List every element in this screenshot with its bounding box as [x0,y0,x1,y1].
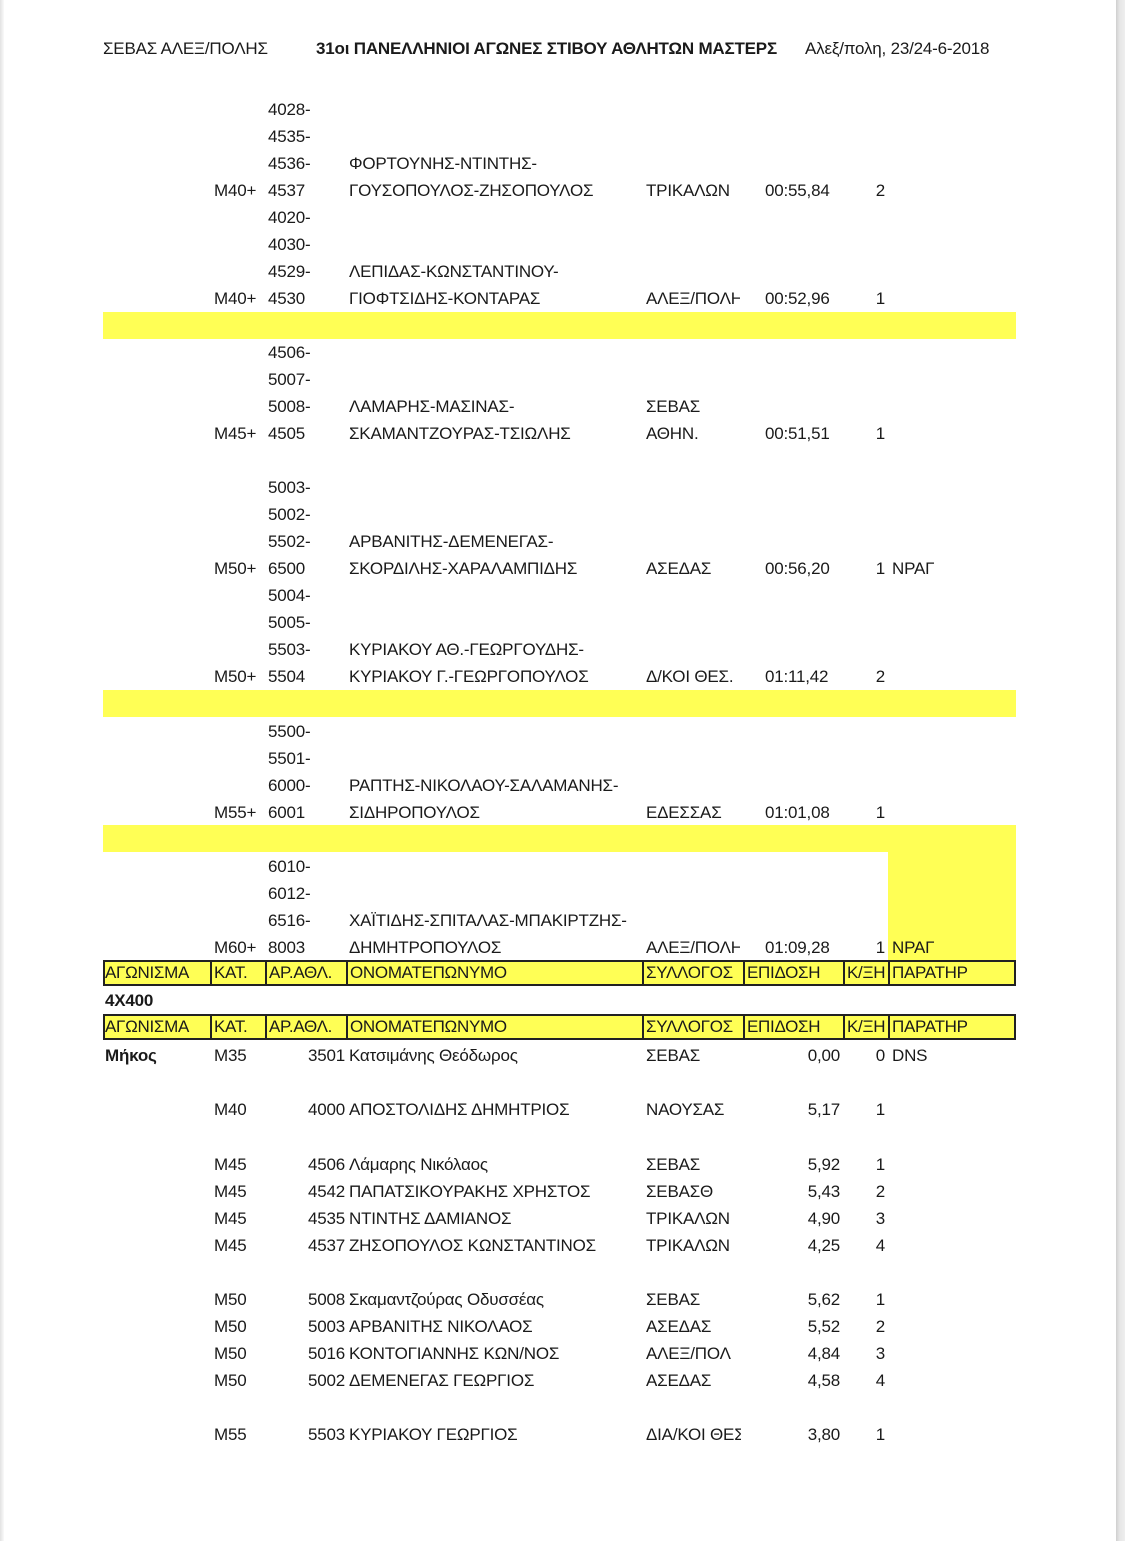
relay-names: ΔΗΜΗΤΡΟΠΟΥΛΟΣ [349,938,501,958]
relay-names: ΣΙΔΗΡΟΠΟΥΛΟΣ [349,803,480,823]
relay-bib: 6001 [268,803,305,823]
result-category: M40 [214,1100,246,1120]
relay-bib: 5502- [268,532,310,552]
relay-names: ΛΑΜΑΡΗΣ-ΜΑΣΙΝΑΣ- [349,397,514,417]
column-header-cell: ΑΓΩΝΙΣΜΑ [103,1016,210,1038]
relay-bib: 4505 [268,424,305,444]
result-category: M45 [214,1236,246,1256]
relay-bib: 5005- [268,613,310,633]
column-header-cell: ΚΑΤ. [210,962,265,984]
relay-names: ΣΚΟΡΔΙΛΗΣ-ΧΑΡΑΛΑΜΠΙΔΗΣ [349,559,577,579]
relay-category: M45+ [214,424,256,444]
result-place: 4 [850,1236,885,1256]
result-place: 2 [850,1317,885,1337]
relay-category: M50+ [214,559,256,579]
relay-bib: 4020- [268,208,310,228]
result-place: 1 [850,1155,885,1175]
result-name: ΝΤΙΝΤΗΣ ΔΑΜΙΑΝΟΣ [349,1209,641,1229]
column-header-cell: ΕΠΙΔΟΣΗ [743,962,843,984]
result-category: M50 [214,1317,246,1337]
relay-names: ΓΟΥΣΟΠΟΥΛΟΣ-ΖΗΣΟΠΟΥΛΟΣ [349,181,593,201]
result-bib: 4506 [280,1155,345,1175]
relay-bib: 4028- [268,100,310,120]
relay-bib: 8003 [268,938,305,958]
result-bib: 5503 [280,1425,345,1445]
result-bib: 4000 [280,1100,345,1120]
relay-bib: 4030- [268,235,310,255]
relay-bib: 4529- [268,262,310,282]
relay-club: ΑΘΗΝ. [646,424,740,444]
relay-place: 1 [850,803,885,823]
relay-club: ΤΡΙΚΑΛΩΝ [646,181,740,201]
result-club: ΤΡΙΚΑΛΩΝ [646,1236,741,1256]
result-place: 0 [850,1046,885,1066]
relay-place: 2 [850,667,885,687]
result-mark: 4,25 [760,1236,840,1256]
result-bib: 4542 [280,1182,345,1202]
relay-bib: 6010- [268,857,310,877]
result-mark: 5,92 [760,1155,840,1175]
result-name: ΑΡΒΑΝΙΤΗΣ ΝΙΚΟΛΑΟΣ [349,1317,641,1337]
relay-names: ΡΑΠΤΗΣ-ΝΙΚΟΛΑΟΥ-ΣΑΛΑΜΑΝΗΣ- [349,776,618,796]
relay-bib: 5504 [268,667,305,687]
relay-bib: 5008- [268,397,310,417]
result-category: M55 [214,1425,246,1445]
column-header-cell: ΟΝΟΜΑΤΕΠΩΝΥΜΟ [346,962,642,984]
result-bib: 5003 [280,1317,345,1337]
result-place: 2 [850,1182,885,1202]
result-place: 3 [850,1344,885,1364]
result-mark: 4,58 [760,1371,840,1391]
column-header-cell: Κ/ΞΗ [843,1016,888,1038]
result-place: 1 [850,1290,885,1310]
relay-names: ΛΕΠΙΔΑΣ-ΚΩΝΣΤΑΝΤΙΝΟΥ- [349,262,558,282]
relay-category: M40+ [214,289,256,309]
relay-bib: 6516- [268,911,310,931]
relay-category: M55+ [214,803,256,823]
relay-bib: 4530 [268,289,305,309]
relay-mark: 00:52,96 [765,289,830,309]
relay-bib: 5002- [268,505,310,525]
event-title-long-jump: Μήκος [105,1046,157,1066]
relay-mark: 00:55,84 [765,181,830,201]
relay-place: 1 [850,938,885,958]
result-category: M50 [214,1290,246,1310]
relay-place: 2 [850,181,885,201]
relay-names: ΑΡΒΑΝΙΤΗΣ-ΔΕΜΕΝΕΓΑΣ- [349,532,553,552]
column-header-cell: ΠΑΡΑΤΗΡ [888,962,1012,984]
result-name: Κατσιμάνης Θεόδωρος [349,1046,641,1066]
result-category: M50 [214,1344,246,1364]
column-header-row: ΑΓΩΝΙΣΜΑΚΑΤ.ΑΡ.ΑΘΛ.ΟΝΟΜΑΤΕΠΩΝΥΜΟΣΥΛΛΟΓΟΣ… [103,960,1016,986]
result-club: ΤΡΙΚΑΛΩΝ [646,1209,741,1229]
event-title-4x400: 4X400 [105,991,153,1011]
result-mark: 3,80 [760,1425,840,1445]
result-bib: 3501 [280,1046,345,1066]
relay-note: ΝΡΑΓ [892,559,934,579]
column-header-cell: ΣΥΛΛΟΓΟΣ [642,1016,743,1038]
result-bib: 5002 [280,1371,345,1391]
result-mark: 4,84 [760,1344,840,1364]
result-club: ΑΛΕΞ/ΠΟΛ [646,1344,741,1364]
result-club: ΣΕΒΑΣΘ [646,1182,741,1202]
relay-bib: 4536- [268,154,310,174]
relay-names: ΓΙΟΦΤΣΙΔΗΣ-ΚΟΝΤΑΡΑΣ [349,289,540,309]
column-header-cell: ΚΑΤ. [210,1016,265,1038]
result-name: ΖΗΣΟΠΟΥΛΟΣ ΚΩΝΣΤΑΝΤΙΝΟΣ [349,1236,641,1256]
document-page: ΣΕΒΑΣ ΑΛΕΞ/ΠΟΛΗΣ 31οι ΠΑΝΕΛΛΗΝΙΟΙ ΑΓΩΝΕΣ… [0,0,1125,1541]
result-mark: 5,43 [760,1182,840,1202]
result-place: 3 [850,1209,885,1229]
relay-note: ΝΡΑΓ [892,938,934,958]
relay-bib: 4506- [268,343,310,363]
result-club: ΔΙΑ/ΚΟΙ ΘΕΣ [646,1425,741,1445]
separator-band [103,312,1016,339]
result-name: ΚΟΝΤΟΓΙΑΝΝΗΣ ΚΩΝ/ΝΟΣ [349,1344,641,1364]
result-club: ΑΣΕΔΑΣ [646,1317,741,1337]
relay-mark: 01:01,08 [765,803,830,823]
relay-names: ΦΟΡΤΟΥΝΗΣ-ΝΤΙΝΤΗΣ- [349,154,537,174]
relay-club: Δ/ΚΟΙ ΘΕΣ. [646,667,740,687]
result-mark: 4,90 [760,1209,840,1229]
result-category: M35 [214,1046,246,1066]
relay-club: ΑΛΕΞ/ΠΟΛΗ [646,289,740,309]
relay-place: 1 [850,424,885,444]
result-bib: 4537 [280,1236,345,1256]
relay-bib: 5003- [268,478,310,498]
result-name: ΚΥΡΙΑΚΟΥ ΓΕΩΡΓΙΟΣ [349,1425,641,1445]
relay-bib: 4537 [268,181,305,201]
separator-band [103,690,1016,717]
relay-bib: 5004- [268,586,310,606]
relay-bib: 6500 [268,559,305,579]
result-bib: 5016 [280,1344,345,1364]
result-place: 4 [850,1371,885,1391]
result-club: ΣΕΒΑΣ [646,1290,741,1310]
result-club: ΣΕΒΑΣ [646,1046,741,1066]
result-bib: 5008 [280,1290,345,1310]
relay-names: ΚΥΡΙΑΚΟΥ ΑΘ.-ΓΕΩΡΓΟΥΔΗΣ- [349,640,584,660]
relay-mark: 01:09,28 [765,938,830,958]
result-mark: 5,62 [760,1290,840,1310]
result-club: ΑΣΕΔΑΣ [646,1371,741,1391]
relay-names: ΧΑΪΤΙΔΗΣ-ΣΠΙΤΑΛΑΣ-ΜΠΑΚΙΡΤΖΗΣ- [349,911,627,931]
relay-mark: 00:51,51 [765,424,830,444]
relay-category: M40+ [214,181,256,201]
relay-mark: 01:11,42 [765,667,828,687]
result-name: Λάμαρης Νικόλαος [349,1155,641,1175]
column-header-cell: ΠΑΡΑΤΗΡ [888,1016,1012,1038]
relay-club: ΑΛΕΞ/ΠΟΛΗ [646,938,740,958]
header-date: Αλεξ/πολη, 23/24-6-2018 [805,39,989,59]
relay-bib: 6012- [268,884,310,904]
result-mark: 5,17 [760,1100,840,1120]
relay-bib: 5500- [268,722,310,742]
result-name: Σκαμαντζούρας Οδυσσέας [349,1290,641,1310]
relay-place: 1 [850,289,885,309]
header-title: 31οι ΠΑΝΕΛΛΗΝΙΟΙ ΑΓΩΝΕΣ ΣΤΙΒΟΥ ΑΘΛΗΤΩΝ Μ… [316,39,777,59]
relay-bib: 5501- [268,749,310,769]
result-category: M45 [214,1209,246,1229]
result-note: DNS [892,1046,927,1066]
result-category: M50 [214,1371,246,1391]
relay-bib: 6000- [268,776,310,796]
result-place: 1 [850,1100,885,1120]
column-header-cell: ΟΝΟΜΑΤΕΠΩΝΥΜΟ [346,1016,642,1038]
result-name: ΠΑΠΑΤΣΙΚΟΥΡΑΚΗΣ ΧΡΗΣΤΟΣ [349,1182,641,1202]
result-mark: 0,00 [760,1046,840,1066]
column-header-cell: ΑΡ.ΑΘΛ. [265,1016,346,1038]
column-header-cell: Κ/ΞΗ [843,962,888,984]
result-club: ΝΑΟΥΣΑΣ [646,1100,741,1120]
relay-club: ΕΔΕΣΣΑΣ [646,803,740,823]
relay-mark: 00:56,20 [765,559,830,579]
result-mark: 5,52 [760,1317,840,1337]
relay-bib: 5503- [268,640,310,660]
page-right-edge [1116,0,1125,1541]
result-bib: 4535 [280,1209,345,1229]
relay-names: ΣΚΑΜΑΝΤΖΟΥΡΑΣ-ΤΣΙΩΛΗΣ [349,424,571,444]
column-header-cell: ΣΥΛΛΟΓΟΣ [642,962,743,984]
result-name: ΔΕΜΕΝΕΓΑΣ ΓΕΩΡΓΙΟΣ [349,1371,641,1391]
relay-names: ΚΥΡΙΑΚΟΥ Γ.-ΓΕΩΡΓΟΠΟΥΛΟΣ [349,667,589,687]
result-category: M45 [214,1155,246,1175]
relay-category: M50+ [214,667,256,687]
column-header-cell: ΕΠΙΔΟΣΗ [743,1016,843,1038]
relay-club: ΑΣΕΔΑΣ [646,559,740,579]
result-name: ΑΠΟΣΤΟΛΙΔΗΣ ΔΗΜΗΤΡΙΟΣ [349,1100,641,1120]
column-header-cell: ΑΓΩΝΙΣΜΑ [103,962,210,984]
relay-place: 1 [850,559,885,579]
result-category: M45 [214,1182,246,1202]
separator-band [103,825,1016,852]
result-place: 1 [850,1425,885,1445]
result-club: ΣΕΒΑΣ [646,1155,741,1175]
column-header-row: ΑΓΩΝΙΣΜΑΚΑΤ.ΑΡ.ΑΘΛ.ΟΝΟΜΑΤΕΠΩΝΥΜΟΣΥΛΛΟΓΟΣ… [103,1014,1016,1040]
column-header-cell: ΑΡ.ΑΘΛ. [265,962,346,984]
relay-bib: 4535- [268,127,310,147]
relay-bib: 5007- [268,370,310,390]
header-organizer: ΣΕΒΑΣ ΑΛΕΞ/ΠΟΛΗΣ [103,39,268,59]
relay-club: ΣΕΒΑΣ [646,397,740,417]
relay-category: M60+ [214,938,256,958]
page-left-shadow [0,0,4,1541]
